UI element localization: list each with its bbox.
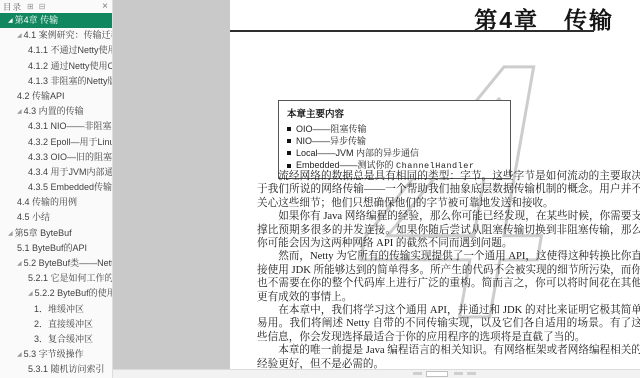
toc-item-5-2-2[interactable]: 5.2.2 ByteBuf的使用模式 <box>0 286 112 301</box>
chapter-body-text: 流经网络的数据总是具有相同的类型：字节。这些字节是如何流动的主要取决于我们所说的… <box>257 170 640 378</box>
toc-list: 第4章 传输 4.1 案例研究：传输迁移 4.1.1 不通过Netty使用OI…… <box>0 13 112 378</box>
close-icon[interactable]: × <box>102 2 108 12</box>
pagination-bar-cutoff <box>113 369 640 378</box>
paragraph: 然而，Netty 为它所有的传输实现提供了一个通用 API，这使得这种转换比你直… <box>257 250 640 304</box>
toc-item-4-3-4[interactable]: 4.3.4 用于JVM内部通信… <box>0 165 112 180</box>
toc-item-4-1-3[interactable]: 4.1.3 非阻塞的Netty版本 <box>0 74 112 89</box>
toc-item-ch4[interactable]: 第4章 传输 <box>0 13 112 28</box>
toc-item-5-1[interactable]: 5.1 ByteBuf的API <box>0 241 112 256</box>
toc-item-4-3-1[interactable]: 4.3.1 NIO——非阻塞I/O <box>0 119 112 134</box>
paragraph: 流经网络的数据总是具有相同的类型：字节。这些字节是如何流动的主要取决于我们所说的… <box>257 170 640 210</box>
document-page: 4 第4章 传输 本章主要内容 OIO——阻塞传输 NIO——异步传输 Loca… <box>230 0 640 378</box>
sidebar-title: 目录 <box>3 1 22 13</box>
toc-item-4-3-2[interactable]: 4.3.2 Epoll—用于Linux的… <box>0 135 112 150</box>
expand-triangle-icon[interactable] <box>8 227 13 241</box>
bookmarks-sidebar: 目录 ⊞ ⊟ × 第4章 传输 4.1 案例研究：传输迁移 4.1.1 不通过N… <box>0 0 113 378</box>
expand-triangle-icon[interactable] <box>8 14 13 28</box>
expand-triangle-icon[interactable] <box>17 105 22 119</box>
toc-item-5-2[interactable]: 5.2 ByteBuf类——Netty的… <box>0 256 112 271</box>
expand-triangle-icon[interactable] <box>28 287 33 301</box>
paragraph: 本章的唯一前提是 Java 编程语言的相关知识。有网络框架或者网络编程相关的经验… <box>257 344 640 371</box>
pagination-faint-glyph <box>467 372 476 375</box>
toc-item-4-2[interactable]: 4.2 传输API <box>0 89 112 104</box>
toc-item-4-3[interactable]: 4.3 内置的传输 <box>0 104 112 119</box>
toc-item-5-3-1[interactable]: 5.3.1 随机访问索引 <box>0 362 112 377</box>
square-bullet-icon <box>287 151 291 155</box>
toc-item-composite-buffer[interactable]: 3．复合缓冲区 <box>0 332 112 347</box>
square-bullet-icon <box>287 164 291 168</box>
toc-item-4-1-2[interactable]: 4.1.2 通过Netty使用OIO… <box>0 59 112 74</box>
summary-item: OIO——阻塞传输 <box>287 123 502 135</box>
square-bullet-icon <box>287 127 291 131</box>
paragraph: 在本章中，我们将学习这个通用 API，并通过和 JDK 的对比来证明它极其简单易… <box>257 304 640 344</box>
paragraph: 如果你有 Java 网络编程的经验，那么你可能已经发现，在某些时候，你需要支撑比… <box>257 210 640 250</box>
title-divider <box>230 30 594 32</box>
toc-item-4-1[interactable]: 4.1 案例研究：传输迁移 <box>0 28 112 43</box>
sidebar-header: 目录 ⊞ ⊟ × <box>0 0 112 13</box>
expand-all-icon[interactable]: ⊞ <box>27 3 34 11</box>
chapter-summary-box: 本章主要内容 OIO——阻塞传输 NIO——异步传输 Local——JVM 内部… <box>278 100 511 179</box>
toc-item-4-1-1[interactable]: 4.1.1 不通过Netty使用OI… <box>0 43 112 58</box>
expand-triangle-icon[interactable] <box>17 257 22 271</box>
toc-item-ch5[interactable]: 第5章 ByteBuf <box>0 226 112 241</box>
toc-item-4-3-3[interactable]: 4.3.3 OIO—旧的阻塞I/O <box>0 150 112 165</box>
toc-item-4-3-5[interactable]: 4.3.5 Embedded传输 <box>0 180 112 195</box>
expand-triangle-icon[interactable] <box>17 29 22 43</box>
summary-box-title: 本章主要内容 <box>287 106 502 120</box>
toc-item-direct-buffer[interactable]: 2．直接缓冲区 <box>0 317 112 332</box>
summary-item: NIO——异步传输 <box>287 135 502 147</box>
toc-item-heap-buffer[interactable]: 1．堆缓冲区 <box>0 302 112 317</box>
toc-item-5-2-1[interactable]: 5.2.1 它是如何工作的 <box>0 271 112 286</box>
square-bullet-icon <box>287 139 291 143</box>
toc-item-5-3[interactable]: 5.3 字节级操作 <box>0 347 112 362</box>
pagination-faint-glyph <box>413 372 422 375</box>
summary-item: Local——JVM 内部的异步通信 <box>287 147 502 159</box>
expand-triangle-icon[interactable] <box>17 348 22 362</box>
pagination-faint-glyph <box>454 372 463 375</box>
collapse-all-icon[interactable]: ⊟ <box>39 3 46 11</box>
pdf-reader-window: 目录 ⊞ ⊟ × 第4章 传输 4.1 案例研究：传输迁移 4.1.1 不通过N… <box>0 0 640 378</box>
toc-item-4-4[interactable]: 4.4 传输的用例 <box>0 195 112 210</box>
toc-item-4-5[interactable]: 4.5 小结 <box>0 210 112 225</box>
page-number-input[interactable] <box>426 371 448 377</box>
